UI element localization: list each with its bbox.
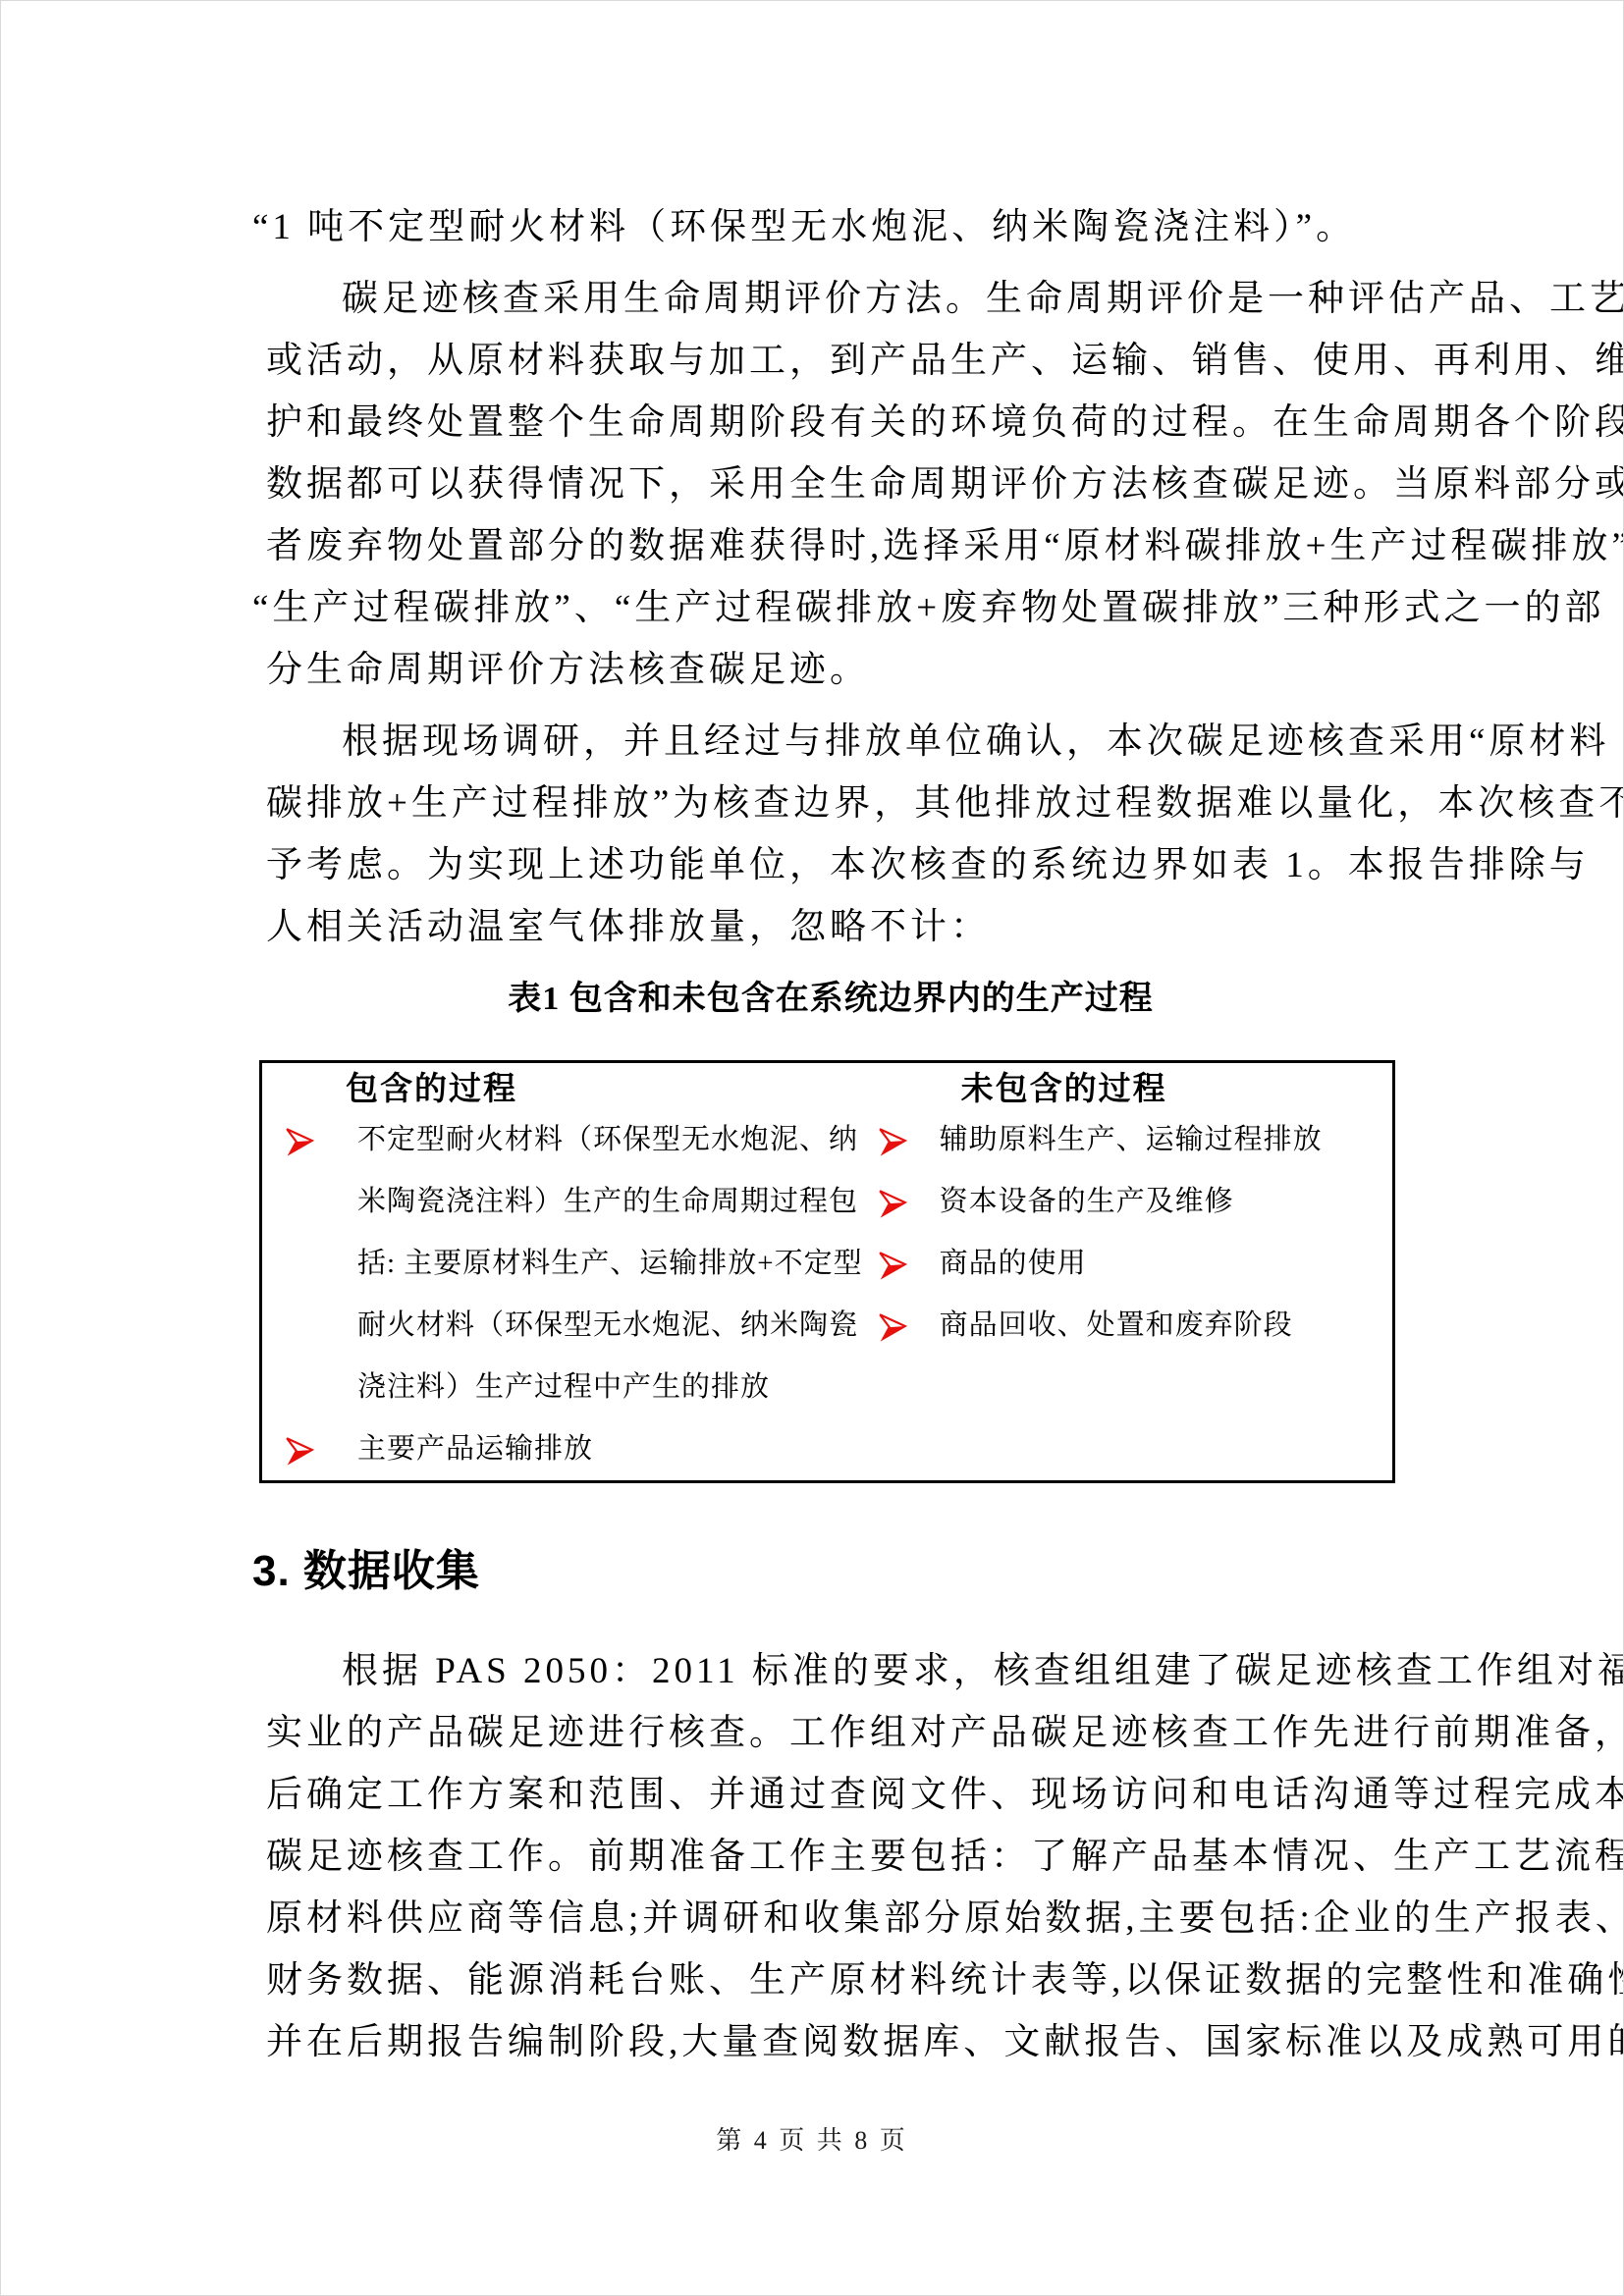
paragraph-line: 数据都可以获得情况下，采用全生命周期评价方法核查碳足迹。当原料部分或 — [266, 454, 1395, 515]
page-content: “1 吨不定型耐火材料（环保型无水炮泥、纳米陶瓷浇注料）”。 碳足迹核查采用生命… — [266, 196, 1395, 2073]
table-title: 表1 包含和未包含在系统边界内的生产过程 — [266, 968, 1395, 1030]
paragraph-line: 财务数据、能源消耗台账、生产原材料统计表等,以保证数据的完整性和准确性, — [266, 1949, 1395, 2011]
paragraph-boundary: 根据现场调研，并且经过与排放单位确认，本次碳足迹核查采用“原材料 碳排放+生产过… — [266, 711, 1395, 958]
paragraph-line: 并在后期报告编制阶段,大量查阅数据库、文献报告、国家标准以及成熟可用的 — [266, 2011, 1395, 2073]
paragraph-line: 者废弃物处置部分的数据难获得时,选择采用“原材料碳排放+生产过程碳排放”、 — [266, 515, 1395, 577]
paragraph-line: 碳足迹核查采用生命周期评价方法。生命周期评价是一种评估产品、工艺 — [266, 268, 1395, 330]
paragraph-line: 或活动，从原材料获取与加工，到产品生产、运输、销售、使用、再利用、维 — [266, 330, 1395, 392]
table-body-row: 不定型耐火材料（环保型无水炮泥、纳 米陶瓷浇注料）生产的生命周期过程包 括: 主… — [261, 1109, 1394, 1482]
table-cell-included: 不定型耐火材料（环保型无水炮泥、纳 米陶瓷浇注料）生产的生命周期过程包 括: 主… — [261, 1109, 863, 1482]
table-header-row: 包含的过程 未包含的过程 — [261, 1062, 1394, 1110]
paragraph-line: 碳足迹核查工作。前期准备工作主要包括：了解产品基本情况、生产工艺流程及 — [266, 1826, 1395, 1888]
list-item-line: 辅助原料生产、运输过程排放 — [940, 1109, 1392, 1171]
paragraph-line: 分生命周期评价方法核查碳足迹。 — [266, 639, 1395, 701]
arrow-bullet-icon — [877, 1310, 908, 1342]
paragraph-line: “生产过程碳排放”、“生产过程碳排放+废弃物处置碳排放”三种形式之一的部 — [252, 577, 1395, 639]
list-item-line: 主要产品运输排放 — [357, 1418, 863, 1480]
paragraph-line: 后确定工作方案和范围、并通过查阅文件、现场访问和电话沟通等过程完成本次 — [266, 1764, 1395, 1826]
list-item: 辅助原料生产、运输过程排放 — [863, 1109, 1392, 1171]
list-item-line: 不定型耐火材料（环保型无水炮泥、纳 — [357, 1109, 863, 1171]
list-item-line: 商品回收、处置和废弃阶段 — [940, 1295, 1392, 1357]
paragraph-line: 碳排放+生产过程排放”为核查边界，其他排放过程数据难以量化，本次核查不 — [266, 773, 1395, 834]
paragraph-line: 根据现场调研，并且经过与排放单位确认，本次碳足迹核查采用“原材料 — [266, 711, 1395, 773]
paragraph-lifecycle: 碳足迹核查采用生命周期评价方法。生命周期评价是一种评估产品、工艺 或活动，从原材… — [266, 268, 1395, 701]
list-item: 商品的使用 — [863, 1233, 1392, 1295]
system-boundary-table: 包含的过程 未包含的过程 不定型耐火 — [259, 1060, 1395, 1483]
paragraph-line: 原材料供应商等信息;并调研和收集部分原始数据,主要包括:企业的生产报表、 — [266, 1888, 1395, 1949]
paragraph-line: 实业的产品碳足迹进行核查。工作组对产品碳足迹核查工作先进行前期准备，然 — [266, 1702, 1395, 1764]
paragraph-line: “1 吨不定型耐火材料（环保型无水炮泥、纳米陶瓷浇注料）”。 — [252, 196, 1395, 258]
paragraph-data-collection: 根据 PAS 2050：2011 标准的要求，核查组组建了碳足迹核查工作组对福祥… — [266, 1640, 1395, 2073]
paragraph-line: 根据 PAS 2050：2011 标准的要求，核查组组建了碳足迹核查工作组对福祥 — [266, 1640, 1395, 1702]
arrow-bullet-icon — [877, 1249, 908, 1280]
table-header-excluded: 未包含的过程 — [863, 1062, 1394, 1110]
paragraph-line: 予考虑。为实现上述功能单位，本次核查的系统边界如表 1。本报告排除与 — [266, 834, 1395, 896]
page-number-footer: 第 4 页 共 8 页 — [1, 2120, 1623, 2157]
arrow-bullet-icon — [877, 1187, 908, 1218]
paragraph-line: 人相关活动温室气体排放量，忽略不计： — [266, 896, 1395, 958]
list-item-line: 耐火材料（环保型无水炮泥、纳米陶瓷 — [357, 1295, 863, 1357]
table-header-included: 包含的过程 — [261, 1062, 863, 1110]
list-item: 主要产品运输排放 — [262, 1418, 863, 1480]
arrow-bullet-icon — [284, 1434, 315, 1466]
list-item-line: 浇注料）生产过程中产生的排放 — [357, 1357, 863, 1418]
list-item-line: 资本设备的生产及维修 — [940, 1171, 1392, 1233]
list-item: 商品回收、处置和废弃阶段 — [863, 1295, 1392, 1357]
list-item-line: 括: 主要原材料生产、运输排放+不定型 — [357, 1233, 863, 1295]
document-page: “1 吨不定型耐火材料（环保型无水炮泥、纳米陶瓷浇注料）”。 碳足迹核查采用生命… — [0, 0, 1624, 2296]
paragraph-line: 护和最终处置整个生命周期阶段有关的环境负荷的过程。在生命周期各个阶段 — [266, 392, 1395, 454]
arrow-bullet-icon — [877, 1125, 908, 1156]
table-cell-excluded: 辅助原料生产、运输过程排放 资本设备的生产及维修 — [863, 1109, 1394, 1482]
list-item: 资本设备的生产及维修 — [863, 1171, 1392, 1233]
list-item: 不定型耐火材料（环保型无水炮泥、纳 米陶瓷浇注料）生产的生命周期过程包 括: 主… — [262, 1109, 863, 1418]
list-item-line: 米陶瓷浇注料）生产的生命周期过程包 — [357, 1171, 863, 1233]
section-heading: 3. 数据收集 — [252, 1547, 1395, 1596]
list-item-line: 商品的使用 — [940, 1233, 1392, 1295]
arrow-bullet-icon — [284, 1125, 315, 1156]
